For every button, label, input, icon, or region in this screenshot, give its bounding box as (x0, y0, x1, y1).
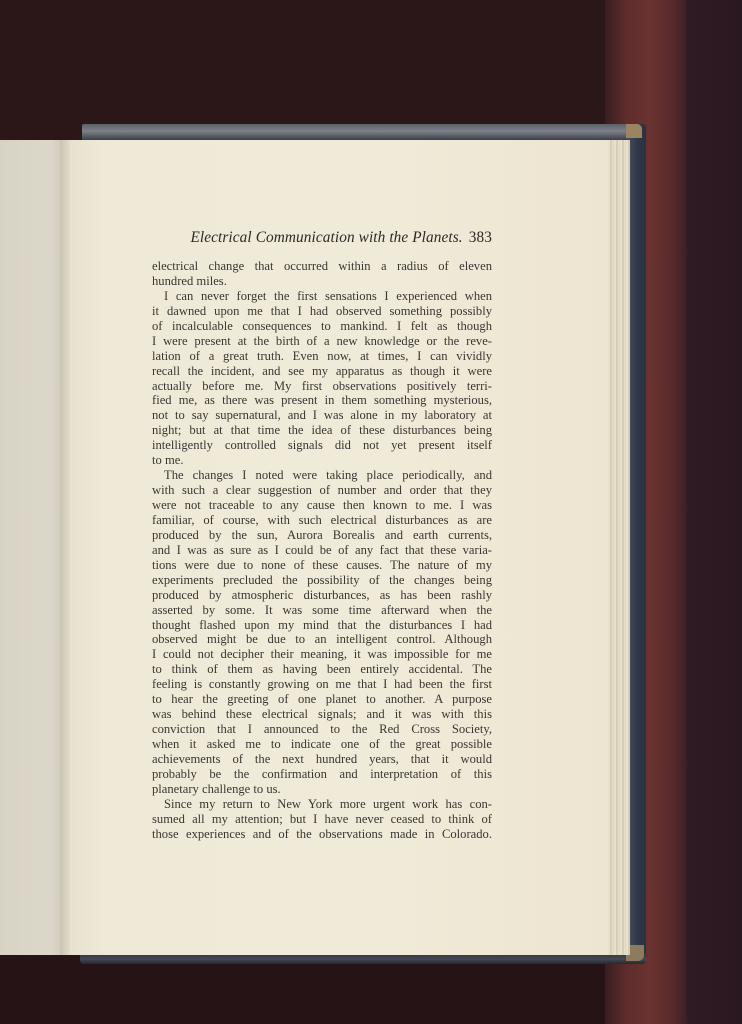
text-line: were not traceable to any cause then kno… (152, 498, 492, 513)
text-line: to think of them as having been entirely… (152, 662, 492, 677)
book-gutter (60, 140, 70, 955)
text-line: probably be the confirmation and interpr… (152, 767, 492, 782)
text-line: intelligently controlled signals did not… (152, 438, 492, 453)
text-line: to me. (152, 453, 492, 468)
text-line: of incalculable consequences to mankind.… (152, 319, 492, 334)
running-head-title: Electrical Communication with the Planet… (190, 229, 462, 246)
running-head: Electrical Communication with the Planet… (150, 229, 492, 251)
text-line: when it asked me to indicate one of the … (152, 737, 492, 752)
text-line: I were present at the birth of a new kno… (152, 334, 492, 349)
text-line: produced by the sun, Aurora Borealis and… (152, 528, 492, 543)
text-line: those experiences and of the observation… (152, 827, 492, 842)
text-line: actually before me. My first observation… (152, 379, 492, 394)
text-line: The changes I noted were taking place pe… (152, 468, 492, 483)
text-line: produced by atmospheric disturbances, as… (152, 588, 492, 603)
book-cover-right-edge (628, 124, 646, 960)
page-edge-stack (608, 140, 630, 955)
text-line: achievements of the next hundred years, … (152, 752, 492, 767)
text-line: with such a clear suggestion of number a… (152, 483, 492, 498)
text-line: fied me, as there was present in them so… (152, 393, 492, 408)
text-line: tions were due to none of these causes. … (152, 558, 492, 573)
text-line: thought flashed upon my mind that the di… (152, 618, 492, 633)
text-line: observed might be due to an intelligent … (152, 632, 492, 647)
text-line: lation of a great truth. Even now, at ti… (152, 349, 492, 364)
text-line: I can never forget the first sensations … (152, 289, 492, 304)
text-line: experiments precluded the possibility of… (152, 573, 492, 588)
text-line: asserted by some. It was some time after… (152, 603, 492, 618)
text-line: was behind these electrical signals; and… (152, 707, 492, 722)
page-number: 383 (469, 229, 492, 246)
left-page (0, 140, 64, 955)
text-line: to hear the greeting of one planet to an… (152, 692, 492, 707)
text-line: not to say supernatural, and I was alone… (152, 408, 492, 423)
text-line: night; but at that time the idea of thes… (152, 423, 492, 438)
text-line: hundred miles. (152, 274, 492, 289)
text-line: planetary challenge to us. (152, 782, 492, 797)
text-line: recall the incident, and see my apparatu… (152, 364, 492, 379)
text-line: familiar, of course, with such electrica… (152, 513, 492, 528)
text-line: it dawned upon me that I had observed so… (152, 304, 492, 319)
book-cover-top-edge (82, 124, 642, 140)
text-line: I could not decipher their meaning, it w… (152, 647, 492, 662)
book-corner-top (626, 124, 642, 138)
text-line: sumed all my attention; but I have never… (152, 812, 492, 827)
text-line: conviction that I announced to the Red C… (152, 722, 492, 737)
background-dark-right (687, 0, 742, 1024)
text-line: Since my return to New York more urgent … (152, 797, 492, 812)
text-line: and I was as sure as I could be of any f… (152, 543, 492, 558)
text-line: electrical change that occurred within a… (152, 259, 492, 274)
body-text: electrical change that occurred within a… (152, 259, 492, 842)
text-line: feeling is constantly growing on me that… (152, 677, 492, 692)
